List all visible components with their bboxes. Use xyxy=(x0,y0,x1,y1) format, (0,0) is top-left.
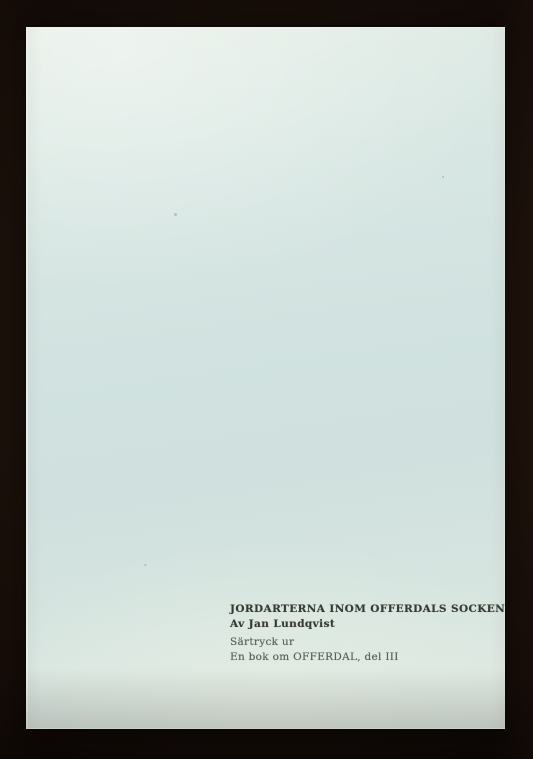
book-cover: JORDARTERNA INOM OFFERDALS SOCKEN Av Jan… xyxy=(26,27,505,729)
imprint-series-note: Särtryck ur xyxy=(230,635,490,650)
imprint-block: JORDARTERNA INOM OFFERDALS SOCKEN Av Jan… xyxy=(230,602,490,665)
paper-speck xyxy=(174,213,177,216)
paper-speck xyxy=(442,176,444,178)
cover-author: Av Jan Lundqvist xyxy=(230,617,490,632)
paper-speck xyxy=(144,564,147,566)
cover-title: JORDARTERNA INOM OFFERDALS SOCKEN xyxy=(230,602,490,617)
imprint-source: En bok om OFFERDAL, del III xyxy=(230,650,490,665)
photo-backdrop: JORDARTERNA INOM OFFERDALS SOCKEN Av Jan… xyxy=(0,0,533,759)
